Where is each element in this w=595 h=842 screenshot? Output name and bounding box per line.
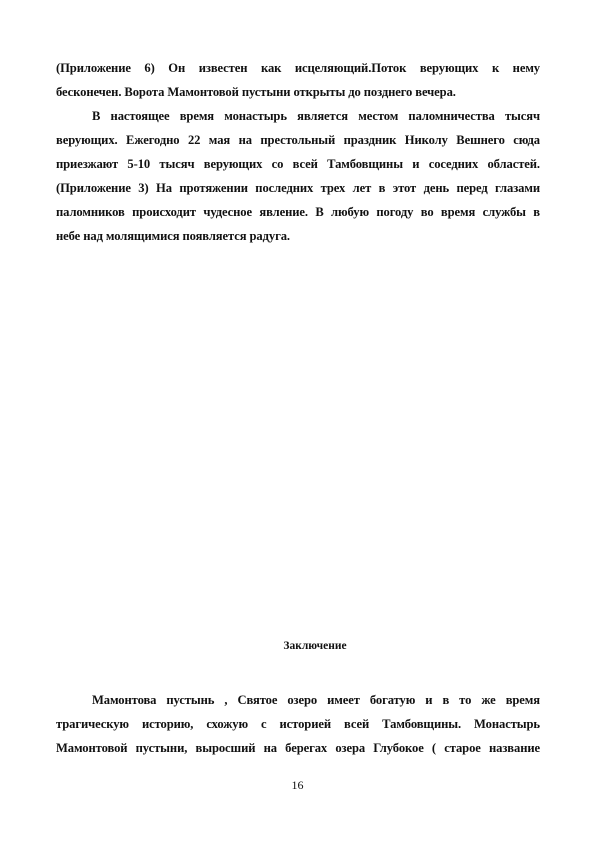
text-line: бесконечен. Ворота Мамонтовой пустыни от…	[56, 84, 540, 100]
text-line: небе над молящимися появляется радуга.	[56, 228, 540, 244]
text-line: верующих. Ежегодно 22 мая на престольный…	[56, 132, 540, 148]
text-line: Мамонтова пустынь , Святое озеро имеет б…	[92, 692, 540, 708]
text-line: Мамонтовой пустыни, выросший на берегах …	[56, 740, 540, 756]
text-line: (Приложение 6) Он известен как исцеляющи…	[56, 60, 540, 76]
document-page: (Приложение 6) Он известен как исцеляющи…	[0, 0, 595, 842]
text-line: приезжают 5-10 тысяч верующих со всей Та…	[56, 156, 540, 172]
text-line: трагическую историю, схожую с историей в…	[56, 716, 540, 732]
text-line: паломников происходит чудесное явление. …	[56, 204, 540, 220]
page-number: 16	[0, 778, 595, 793]
text-line: В настоящее время монастырь является мес…	[92, 108, 540, 124]
conclusion-heading: Заключение	[0, 640, 595, 652]
text-line: (Приложение 3) На протяжении последних т…	[56, 180, 540, 196]
